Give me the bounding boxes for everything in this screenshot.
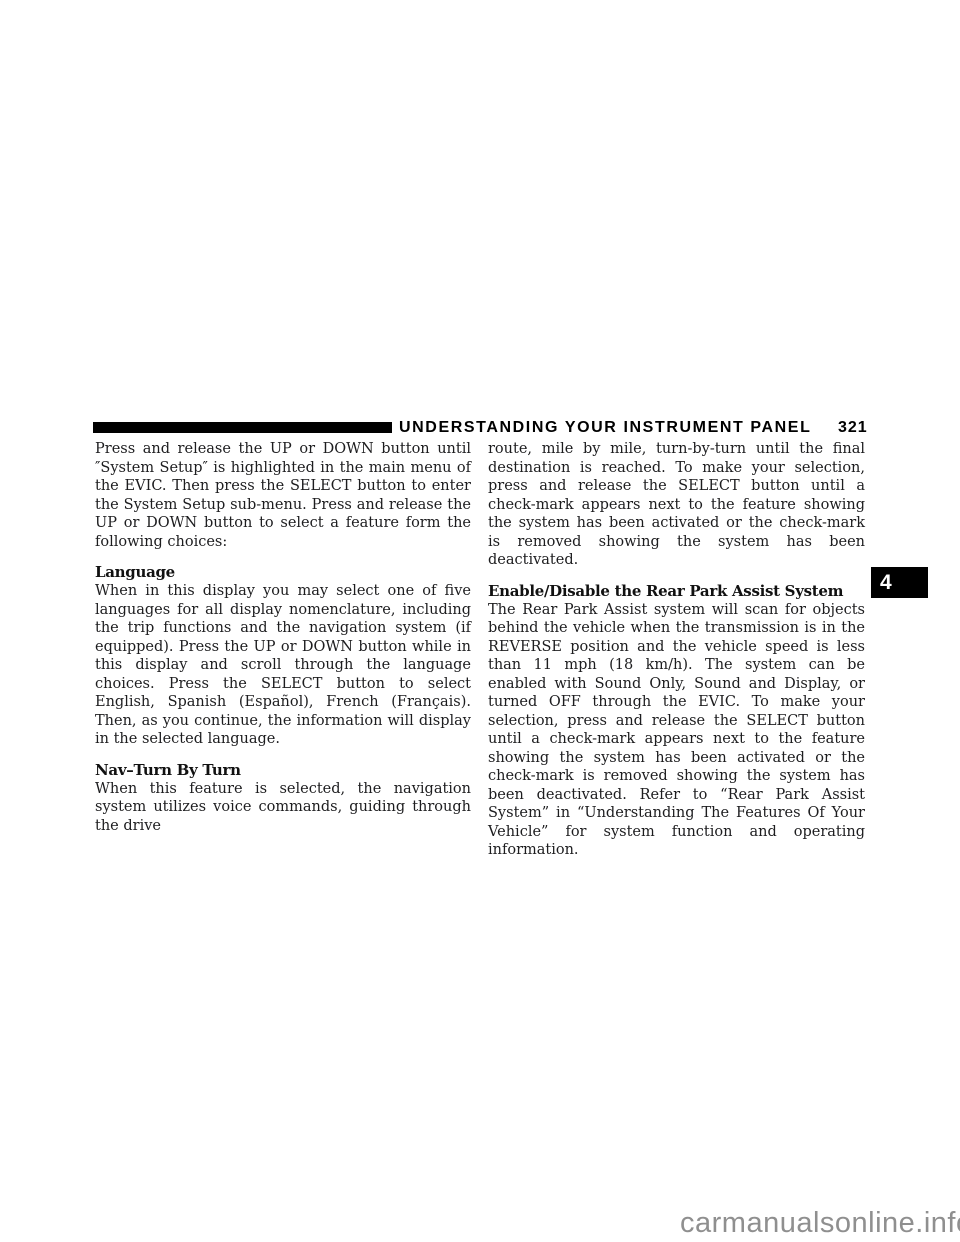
header-page-number: 321 (838, 419, 868, 437)
intro-paragraph: Press and release the UP or DOWN button … (95, 440, 471, 551)
right-column: route, mile by mile, turn-by-turn until … (488, 440, 865, 860)
language-heading: Language (95, 563, 471, 582)
nav-turn-by-turn-heading: Nav–Turn By Turn (95, 761, 471, 780)
chapter-tab: 4 (871, 567, 928, 598)
rear-park-assist-paragraph: The Rear Park Assist system will scan fo… (488, 601, 865, 860)
header-rule (93, 422, 392, 433)
manual-page: UNDERSTANDING YOUR INSTRUMENT PANEL 321 … (0, 0, 960, 1242)
rear-park-assist-heading: Enable/Disable the Rear Park Assist Syst… (488, 582, 865, 601)
nav-turn-by-turn-paragraph: When this feature is selected, the navig… (95, 780, 471, 836)
left-column: Press and release the UP or DOWN button … (95, 440, 471, 835)
watermark: carmanualsonline.info (680, 1207, 960, 1239)
language-paragraph: When in this display you may select one … (95, 582, 471, 749)
header-title: UNDERSTANDING YOUR INSTRUMENT PANEL (399, 419, 811, 437)
continuation-paragraph: route, mile by mile, turn-by-turn until … (488, 440, 865, 570)
